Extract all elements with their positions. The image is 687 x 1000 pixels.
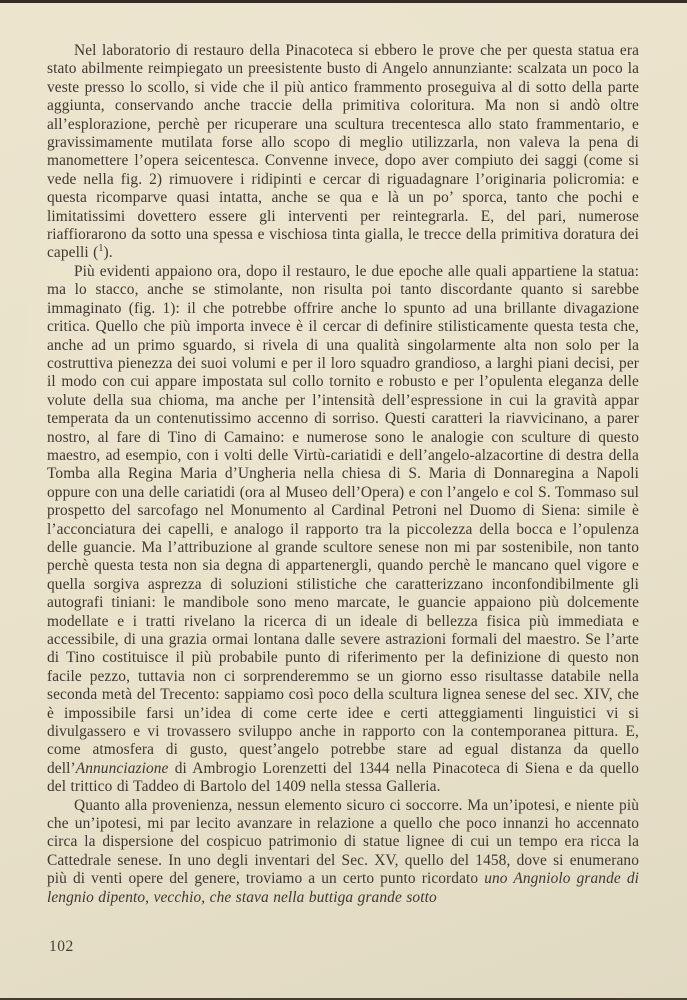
- paragraph: Più evidenti appaiono ora, dopo il resta…: [47, 263, 639, 797]
- text-segment: ).: [104, 244, 113, 261]
- scan-edge-top: [0, 0, 687, 3]
- paragraph: Quanto alla provenienza, nessun elemento…: [47, 797, 639, 907]
- text-block: Nel laboratorio di restauro della Pinaco…: [47, 42, 639, 907]
- book-page-scan: Nel laboratorio di restauro della Pinaco…: [0, 0, 687, 1000]
- paragraph: Nel laboratorio di restauro della Pinaco…: [47, 42, 639, 263]
- page-number: 102: [49, 938, 74, 956]
- text-segment: Più evidenti appaiono ora, dopo il resta…: [47, 263, 639, 777]
- text-segment: Annunciazione: [76, 760, 169, 777]
- text-segment: Nel laboratorio di restauro della Pinaco…: [47, 42, 639, 261]
